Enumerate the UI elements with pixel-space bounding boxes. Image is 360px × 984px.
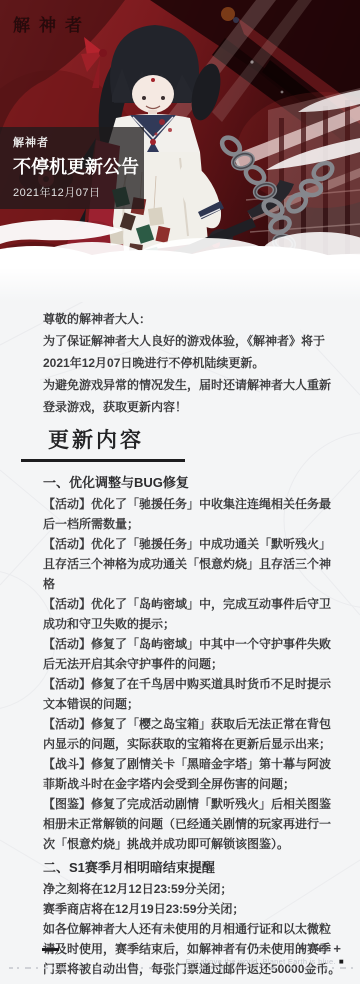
announcement-body: 尊敬的解神者大人： 为了保证解神者大人良好的游戏体验，《解神者》将于2021年1… <box>0 302 360 979</box>
hero-banner: 解神者 解神者 不停机更新公告 2021年12月07日 <box>0 0 360 302</box>
section-heading: 一、优化调整与BUG修复 <box>43 472 342 494</box>
update-section-header: 更新内容 <box>21 424 185 462</box>
patch-note: 【活动】优化了「驰援任务」中成功通关「默听残火」且存活三个神格为成功通关「恨意灼… <box>43 534 342 594</box>
footer-tagline-text: Far above the world, Planet Earth is blu… <box>186 957 336 966</box>
update-section-title: 更新内容 <box>21 424 185 454</box>
footer-tick-ruler <box>9 967 355 969</box>
announcement-title: 不停机更新公告 <box>13 153 140 179</box>
patch-note: 【活动】修复了「岛屿密域」中其中一个守护事件失败后无法开启其余守护事件的问题； <box>43 634 342 674</box>
patch-note: 【活动】修复了「樱之岛宝箱」获取后无法正常在背包内显示的问题，实际获取的宝箱将在… <box>43 714 342 754</box>
intro-paragraph: 为避免游戏异常的情况发生，届时还请解神者大人重新登录游戏，获取更新内容！ <box>43 374 342 418</box>
season-note: 如各位解神者大人还有未使用的月相通行证和以太微粒请及时使用，赛季结束后，如解神者… <box>43 919 342 979</box>
season-note: 赛季商店将在12月19日23:59分关闭； <box>43 899 342 919</box>
footer-tagline: Far above the world, Planet Earth is blu… <box>186 957 344 966</box>
announcement-page: 解神者 解神者 不停机更新公告 2021年12月07日 尊敬的解神者大人： 为了… <box>0 0 360 984</box>
patch-note: 【活动】修复了在千鸟居中购买道具时货币不足时提示文本错误的问题； <box>43 674 342 714</box>
intro-greeting: 尊敬的解神者大人： <box>43 308 342 330</box>
patch-note: 【活动】优化了「岛屿密域」中，完成互动事件后守卫成功和守卫失败的提示； <box>43 594 342 634</box>
patch-note: 【图鉴】修复了完成活动剧情「默听残火」后相关图鉴相册未正常解锁的问题（已经通关剧… <box>43 794 342 854</box>
game-logo: 解神者 <box>13 11 91 36</box>
footer-dash-icon <box>42 948 59 951</box>
section-optimizations: 一、优化调整与BUG修复 【活动】优化了「驰援任务」中收集注连绳相关任务最后一档… <box>43 472 342 854</box>
footer-square-icon: ■ <box>339 957 344 966</box>
intro-block: 尊敬的解神者大人： 为了保证解神者大人良好的游戏体验，《解神者》将于2021年1… <box>43 308 342 418</box>
season-note: 净之刻将在12月12日23:59分关闭； <box>43 879 342 899</box>
band-app-name: 解神者 <box>13 134 140 150</box>
announcement-date: 2021年12月07日 <box>13 184 140 200</box>
intro-paragraph: 为了保证解神者大人良好的游戏体验，《解神者》将于2021年12月07日晚进行不停… <box>43 330 342 374</box>
footer-plus-icons: + + + <box>299 941 344 956</box>
patch-note: 【活动】优化了「驰援任务」中收集注连绳相关任务最后一档所需数量； <box>43 494 342 534</box>
title-band: 解神者 不停机更新公告 2021年12月07日 <box>0 127 144 209</box>
section-heading: 二、S1赛季月相明暗结束提醒 <box>43 857 342 879</box>
patch-note: 【战斗】修复了剧情关卡「黑暗金字塔」第十幕与阿波菲斯战斗时在金字塔内会受到全屏伤… <box>43 754 342 794</box>
